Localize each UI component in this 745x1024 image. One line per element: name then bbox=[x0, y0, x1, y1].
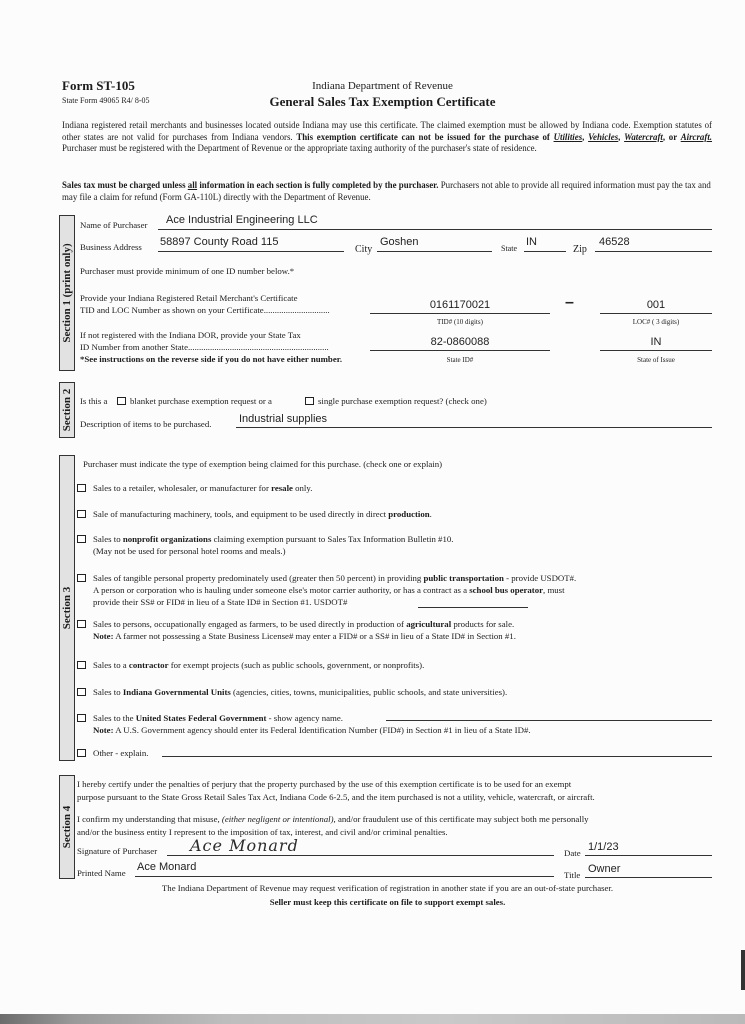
state-line bbox=[524, 251, 566, 252]
blanket-checkbox[interactable] bbox=[117, 397, 126, 405]
title-field[interactable]: Owner bbox=[588, 863, 620, 875]
address-line bbox=[158, 251, 344, 252]
min-id-note: Purchaser must provide minimum of one ID… bbox=[80, 266, 294, 276]
certification-statement: I hereby certify under the penalties of … bbox=[77, 778, 595, 803]
printed-name-field[interactable]: Ace Monard bbox=[137, 861, 196, 873]
stateid-line bbox=[370, 350, 550, 351]
state-field[interactable]: IN bbox=[526, 236, 537, 248]
option-resale: Sales to a retailer, wholesaler, or manu… bbox=[93, 482, 312, 494]
tid-field[interactable]: 0161170021 bbox=[370, 299, 550, 311]
date-label: Date bbox=[564, 848, 581, 858]
keep-on-file-note: Seller must keep this certificate on fil… bbox=[0, 897, 745, 907]
loc-line bbox=[600, 313, 712, 314]
form-title: General Sales Tax Exemption Certificate bbox=[0, 94, 745, 110]
resale-checkbox[interactable] bbox=[77, 484, 86, 492]
loc-field[interactable]: 001 bbox=[600, 299, 712, 311]
section-2-label: Section 2 bbox=[59, 382, 75, 438]
title-line bbox=[585, 877, 712, 878]
stateid-instruction-2: ID Number from another State............… bbox=[80, 342, 329, 352]
option-other: Other - explain. bbox=[93, 747, 148, 759]
signature-label: Signature of Purchaser bbox=[77, 846, 157, 856]
printed-name-line bbox=[135, 876, 554, 877]
federal-gov-checkbox[interactable] bbox=[77, 714, 86, 722]
nonprofit-checkbox[interactable] bbox=[77, 535, 86, 543]
description-label: Description of items to be purchased. bbox=[80, 419, 211, 429]
section-1-label: Section 1 (print only) bbox=[59, 215, 75, 371]
option-indiana-government: Sales to Indiana Governmental Units (age… bbox=[93, 686, 507, 698]
signature-line bbox=[167, 855, 554, 856]
tid-caption: TID# (10 digits) bbox=[370, 318, 550, 326]
indiana-gov-checkbox[interactable] bbox=[77, 688, 86, 696]
exemption-request-question: Is this a bbox=[80, 396, 107, 406]
option-nonprofit: Sales to nonprofit organizations claimin… bbox=[93, 533, 453, 557]
option-federal-government: Sales to the United States Federal Gover… bbox=[93, 712, 531, 736]
tid-line bbox=[370, 313, 550, 314]
see-instructions-note: *See instructions on the reverse side if… bbox=[80, 354, 342, 364]
restricted-vehicles: Vehicles bbox=[588, 132, 618, 142]
purchaser-name-label: Name of Purchaser bbox=[80, 220, 147, 230]
zip-line bbox=[595, 251, 712, 252]
misuse-statement: I confirm my understanding that misuse, … bbox=[77, 813, 589, 838]
department-name: Indiana Department of Revenue bbox=[0, 80, 745, 92]
city-label: City bbox=[355, 244, 372, 255]
zip-label: Zip bbox=[573, 244, 587, 255]
stateid-caption: State ID# bbox=[370, 356, 550, 364]
state-id-field[interactable]: 82-0860088 bbox=[370, 336, 550, 348]
option-public-transportation: Sales of tangible personal property pred… bbox=[93, 572, 576, 608]
description-field[interactable]: Industrial supplies bbox=[239, 413, 327, 425]
state-label: State bbox=[501, 244, 517, 253]
issue-line bbox=[600, 350, 712, 351]
public-transportation-checkbox[interactable] bbox=[77, 574, 86, 582]
single-label: single purchase exemption request? (chec… bbox=[318, 396, 487, 406]
single-checkbox[interactable] bbox=[305, 397, 314, 405]
city-field[interactable]: Goshen bbox=[380, 236, 419, 248]
purchaser-name-line bbox=[158, 229, 712, 230]
production-checkbox[interactable] bbox=[77, 510, 86, 518]
other-explain-field[interactable] bbox=[162, 756, 712, 757]
issue-caption: State of Issue bbox=[600, 356, 712, 364]
tid-instruction-1: Provide your Indiana Registered Retail M… bbox=[80, 293, 298, 303]
restricted-watercraft: Watercraft bbox=[624, 132, 663, 142]
restricted-utilities: Utilities bbox=[554, 132, 583, 142]
agency-name-field[interactable] bbox=[386, 720, 712, 721]
intro-paragraph: Indiana registered retail merchants and … bbox=[62, 120, 712, 155]
form-page: Form ST-105 State Form 49065 R4/ 8-05 In… bbox=[0, 0, 745, 1024]
zip-field[interactable]: 46528 bbox=[599, 236, 630, 248]
option-production: Sale of manufacturing machinery, tools, … bbox=[93, 508, 432, 520]
state-of-issue-field[interactable]: IN bbox=[600, 336, 712, 348]
blanket-label: blanket purchase exemption request or a bbox=[130, 396, 272, 406]
contractor-checkbox[interactable] bbox=[77, 661, 86, 669]
date-line bbox=[585, 855, 712, 856]
verification-note: The Indiana Department of Revenue may re… bbox=[0, 883, 745, 893]
section-4-label: Section 4 bbox=[59, 775, 75, 879]
other-checkbox[interactable] bbox=[77, 749, 86, 757]
stateid-instruction-1: If not registered with the Indiana DOR, … bbox=[80, 330, 301, 340]
city-line bbox=[377, 251, 492, 252]
purchaser-name-field[interactable]: Ace Industrial Engineering LLC bbox=[166, 214, 318, 226]
scan-edge-right bbox=[741, 950, 745, 990]
description-line bbox=[236, 427, 712, 428]
option-contractor: Sales to a contractor for exempt project… bbox=[93, 659, 424, 671]
scan-edge-bottom bbox=[0, 1014, 745, 1024]
section-3-label: Section 3 bbox=[59, 455, 75, 761]
tid-instruction-2: TID and LOC Number as shown on your Cert… bbox=[80, 305, 330, 315]
title-label: Title bbox=[564, 870, 580, 880]
business-address-field[interactable]: 58897 County Road 115 bbox=[160, 236, 278, 248]
restricted-aircraft: Aircraft. bbox=[681, 132, 712, 142]
option-agricultural: Sales to persons, occupationally engaged… bbox=[93, 618, 516, 642]
business-address-label: Business Address bbox=[80, 242, 142, 252]
sales-tax-notice: Sales tax must be charged unless all inf… bbox=[62, 180, 712, 203]
agricultural-checkbox[interactable] bbox=[77, 620, 86, 628]
printed-name-label: Printed Name bbox=[77, 868, 126, 878]
tid-loc-dash: – bbox=[565, 294, 574, 312]
loc-caption: LOC# ( 3 digits) bbox=[600, 318, 712, 326]
usdot-field[interactable] bbox=[418, 607, 528, 608]
signature-field[interactable]: Ace Monard bbox=[190, 836, 299, 855]
exemption-type-instruction: Purchaser must indicate the type of exem… bbox=[83, 459, 442, 469]
date-field[interactable]: 1/1/23 bbox=[588, 841, 619, 853]
